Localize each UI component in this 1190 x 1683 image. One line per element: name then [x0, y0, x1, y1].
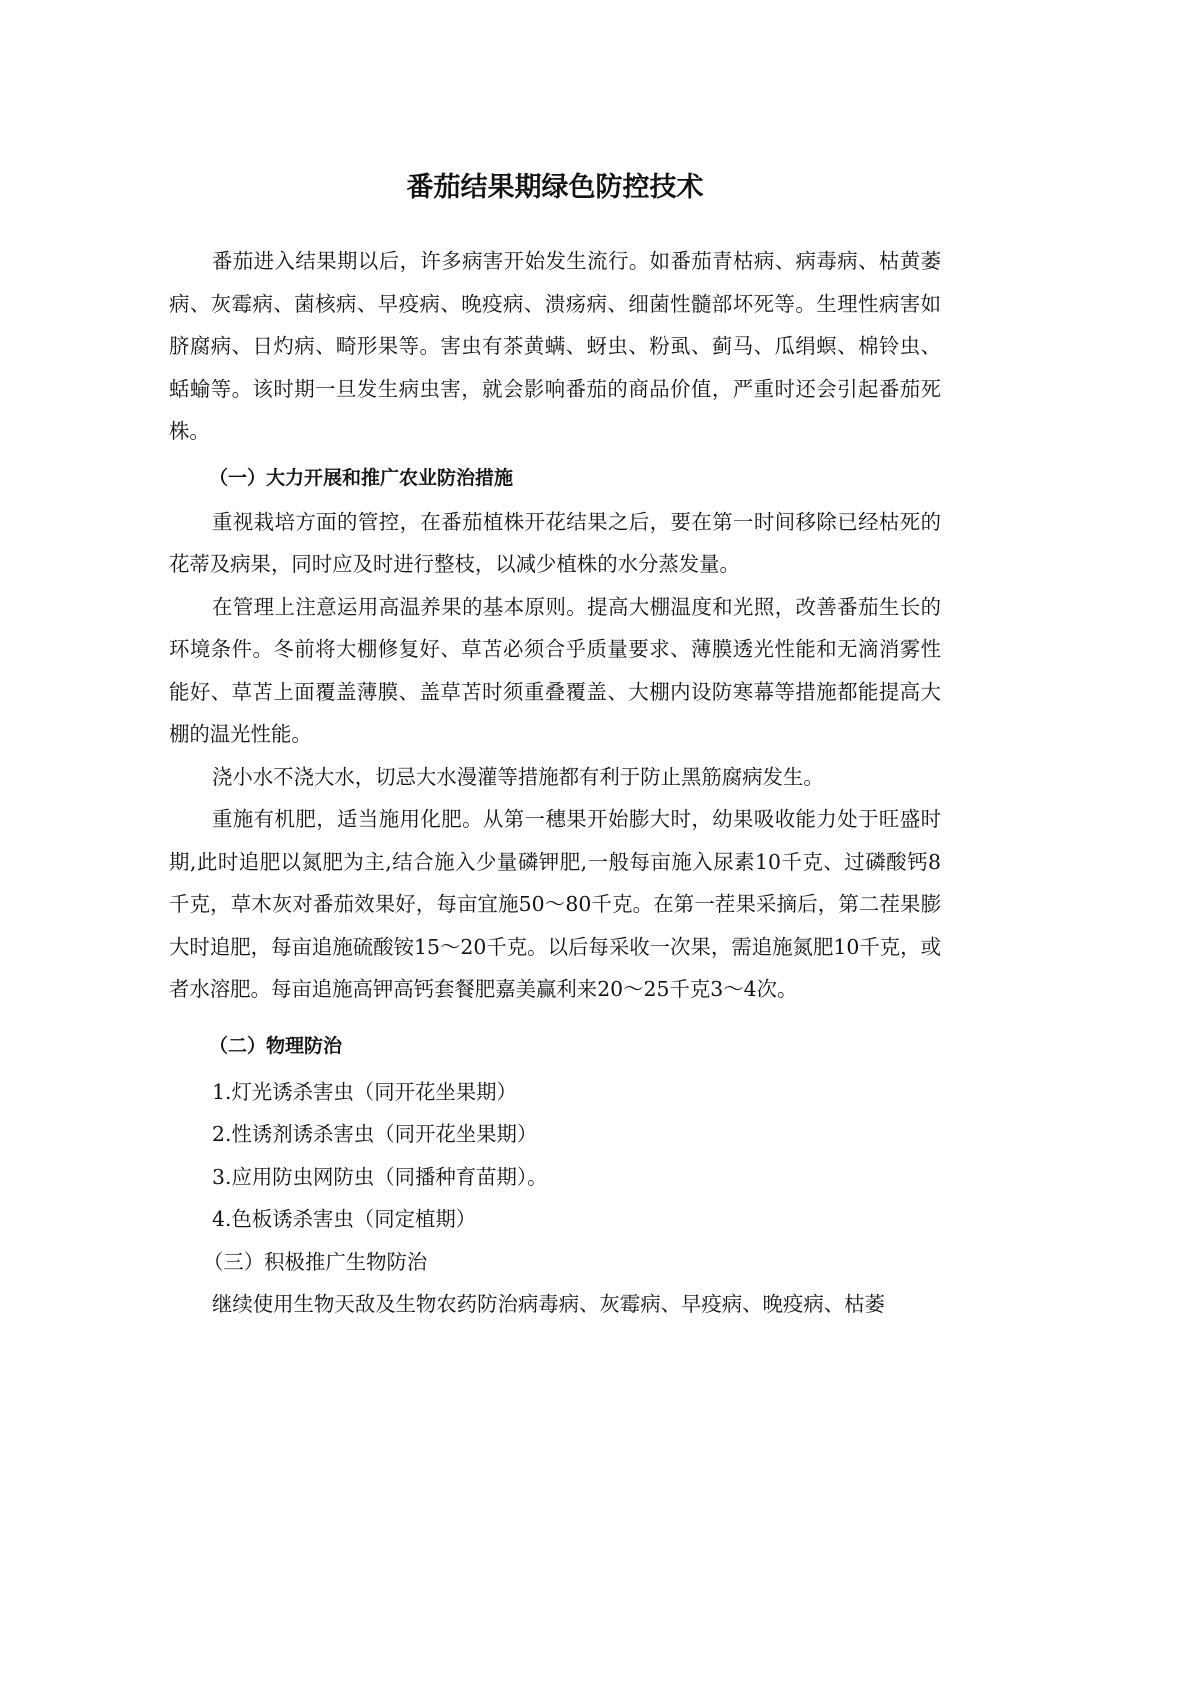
section-heading-3: （三）积极推广生物防治: [169, 1241, 941, 1284]
section1-paragraph-2: 在管理上注意运用高温养果的基本原则。提高大棚温度和光照，改善番茄生长的环境条件。…: [169, 586, 941, 756]
list-item-4: 4.色板诱杀害虫（同定植期）: [169, 1198, 941, 1241]
section3-paragraph-1: 继续使用生物天敌及生物农药防治病毒病、灰霉病、早疫病、晚疫病、枯萎: [169, 1283, 941, 1326]
section1-paragraph-3: 浇小水不浇大水，切忌大水漫灌等措施都有利于防止黑筋腐病发生。: [169, 756, 941, 799]
intro-paragraph: 番茄进入结果期以后，许多病害开始发生流行。如番茄青枯病、病毒病、枯黄萎病、灰霉病…: [169, 240, 941, 453]
section-heading-2: （二）物理防治: [169, 1025, 941, 1067]
section1-paragraph-4: 重施有机肥，适当施用化肥。从第一穗果开始膨大时，幼果吸收能力处于旺盛时期,此时追…: [169, 798, 941, 1011]
list-item-3: 3.应用防虫网防虫（同播种育苗期）。: [169, 1156, 941, 1199]
list-item-1: 1.灯光诱杀害虫（同开花坐果期）: [169, 1071, 941, 1114]
document-page: 番茄结果期绿色防控技术 番茄进入结果期以后，许多病害开始发生流行。如番茄青枯病、…: [169, 168, 941, 1326]
document-title: 番茄结果期绿色防控技术: [169, 168, 941, 208]
list-item-2: 2.性诱剂诱杀害虫（同开花坐果期）: [169, 1113, 941, 1156]
section-heading-1: （一）大力开展和推广农业防治措施: [169, 457, 941, 499]
section1-paragraph-1: 重视栽培方面的管控，在番茄植株开花结果之后，要在第一时间移除已经枯死的花蒂及病果…: [169, 501, 941, 586]
